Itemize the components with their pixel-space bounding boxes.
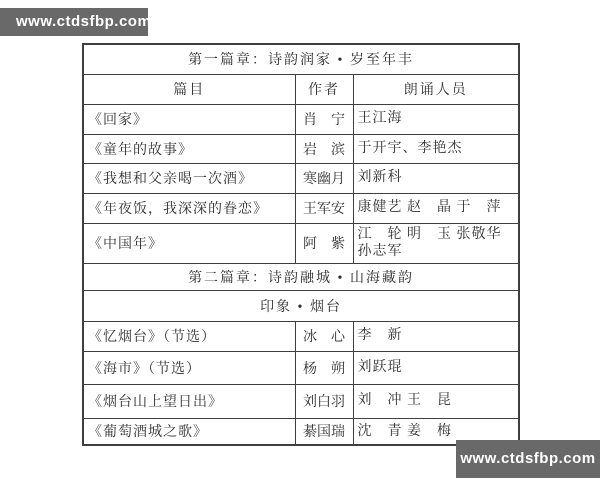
section-row: 第二篇章：诗韵融城 • 山海藏韵	[83, 263, 519, 290]
reciters-cell: 刘新科	[353, 163, 519, 193]
table-row: 《葡萄酒城之歌》綦国瑞沈 青 姜 梅	[83, 418, 519, 445]
program-table: 第一篇章：诗韵润家 • 岁至年丰篇目作者朗诵人员《回家》肖 宁王江海《童年的故事…	[82, 43, 520, 446]
watermark-top: www.ctdsfbp.com	[0, 8, 148, 36]
author-cell: 刘白羽	[295, 384, 353, 418]
reciters-cell: 于开宇、李艳杰	[353, 134, 519, 163]
author-cell: 阿 紫	[295, 223, 353, 263]
reciters-cell: 刘跃琨	[353, 351, 519, 384]
title-cell: 《葡萄酒城之歌》	[83, 418, 295, 445]
table-row: 《中国年》阿 紫江 轮 明 玉 张敬华 孙志军	[83, 223, 519, 263]
title-cell: 《年夜饭，我深深的眷恋》	[83, 193, 295, 223]
table-row: 《我想和父亲喝一次酒》寒幽月刘新科	[83, 163, 519, 193]
column-header: 作者	[295, 74, 353, 104]
author-cell: 冰 心	[295, 321, 353, 351]
title-cell: 《烟台山上望日出》	[83, 384, 295, 418]
reciters-cell: 王江海	[353, 104, 519, 134]
author-cell: 綦国瑞	[295, 418, 353, 445]
table-row: 《忆烟台》（节选）冰 心李 新	[83, 321, 519, 351]
title-cell: 《我想和父亲喝一次酒》	[83, 163, 295, 193]
section-title: 第二篇章：诗韵融城 • 山海藏韵	[83, 263, 519, 290]
author-cell: 杨 朔	[295, 351, 353, 384]
table-row: 《回家》肖 宁王江海	[83, 104, 519, 134]
title-cell: 《童年的故事》	[83, 134, 295, 163]
reciters-cell: 李 新	[353, 321, 519, 351]
watermark-bottom: www.ctdsfbp.com	[456, 440, 600, 478]
author-cell: 寒幽月	[295, 163, 353, 193]
section-title: 第一篇章：诗韵润家 • 岁至年丰	[83, 44, 519, 74]
program-table-body: 第一篇章：诗韵润家 • 岁至年丰篇目作者朗诵人员《回家》肖 宁王江海《童年的故事…	[83, 44, 519, 445]
header-row: 篇目作者朗诵人员	[83, 74, 519, 104]
title-cell: 《回家》	[83, 104, 295, 134]
table-row: 《童年的故事》岩 滨于开宇、李艳杰	[83, 134, 519, 163]
author-cell: 肖 宁	[295, 104, 353, 134]
table-row: 《海市》（节选）杨 朔刘跃琨	[83, 351, 519, 384]
table-row: 《烟台山上望日出》刘白羽刘 冲 王 昆	[83, 384, 519, 418]
section-title: 印象 • 烟台	[83, 290, 519, 321]
title-cell: 《海市》（节选）	[83, 351, 295, 384]
title-cell: 《忆烟台》（节选）	[83, 321, 295, 351]
author-cell: 王军安	[295, 193, 353, 223]
title-cell: 《中国年》	[83, 223, 295, 263]
table-row: 《年夜饭，我深深的眷恋》王军安康健艺 赵 晶 于 萍	[83, 193, 519, 223]
author-cell: 岩 滨	[295, 134, 353, 163]
column-header: 朗诵人员	[353, 74, 519, 104]
reciters-cell: 刘 冲 王 昆	[353, 384, 519, 418]
reciters-cell: 江 轮 明 玉 张敬华 孙志军	[353, 223, 519, 263]
section-row: 印象 • 烟台	[83, 290, 519, 321]
column-header: 篇目	[83, 74, 295, 104]
section-row: 第一篇章：诗韵润家 • 岁至年丰	[83, 44, 519, 74]
reciters-cell: 康健艺 赵 晶 于 萍	[353, 193, 519, 223]
